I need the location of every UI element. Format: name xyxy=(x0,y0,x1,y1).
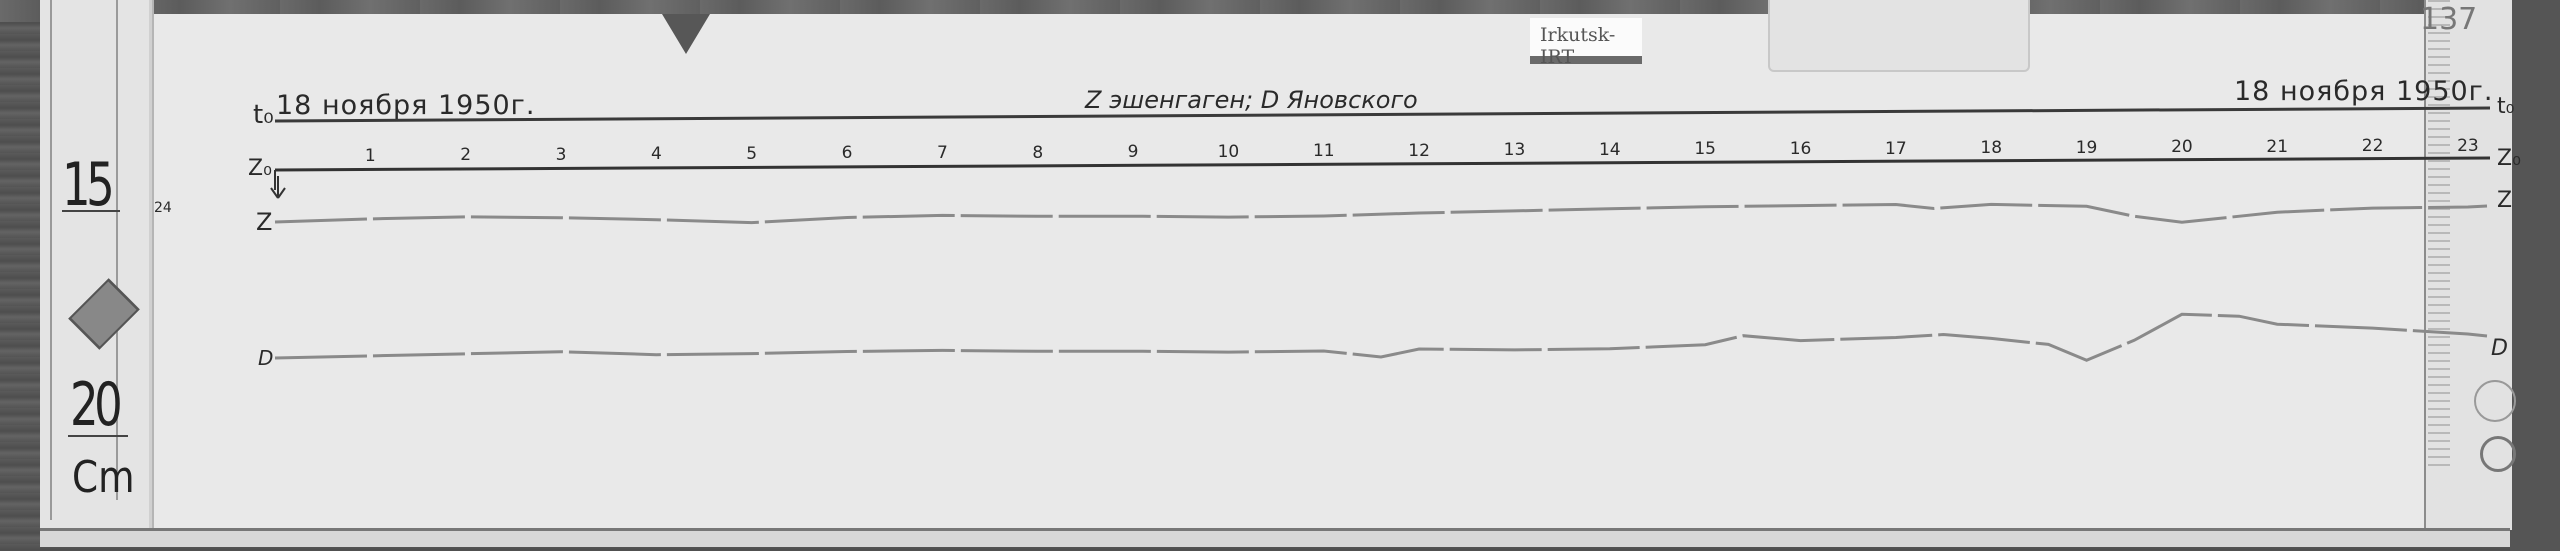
trace-d xyxy=(275,314,2487,360)
z0-baseline xyxy=(275,158,2490,170)
magnetogram-plot xyxy=(0,0,2560,551)
z-arrow-head xyxy=(278,188,285,198)
trace-z xyxy=(275,204,2487,222)
t0-time-line xyxy=(275,108,2490,121)
